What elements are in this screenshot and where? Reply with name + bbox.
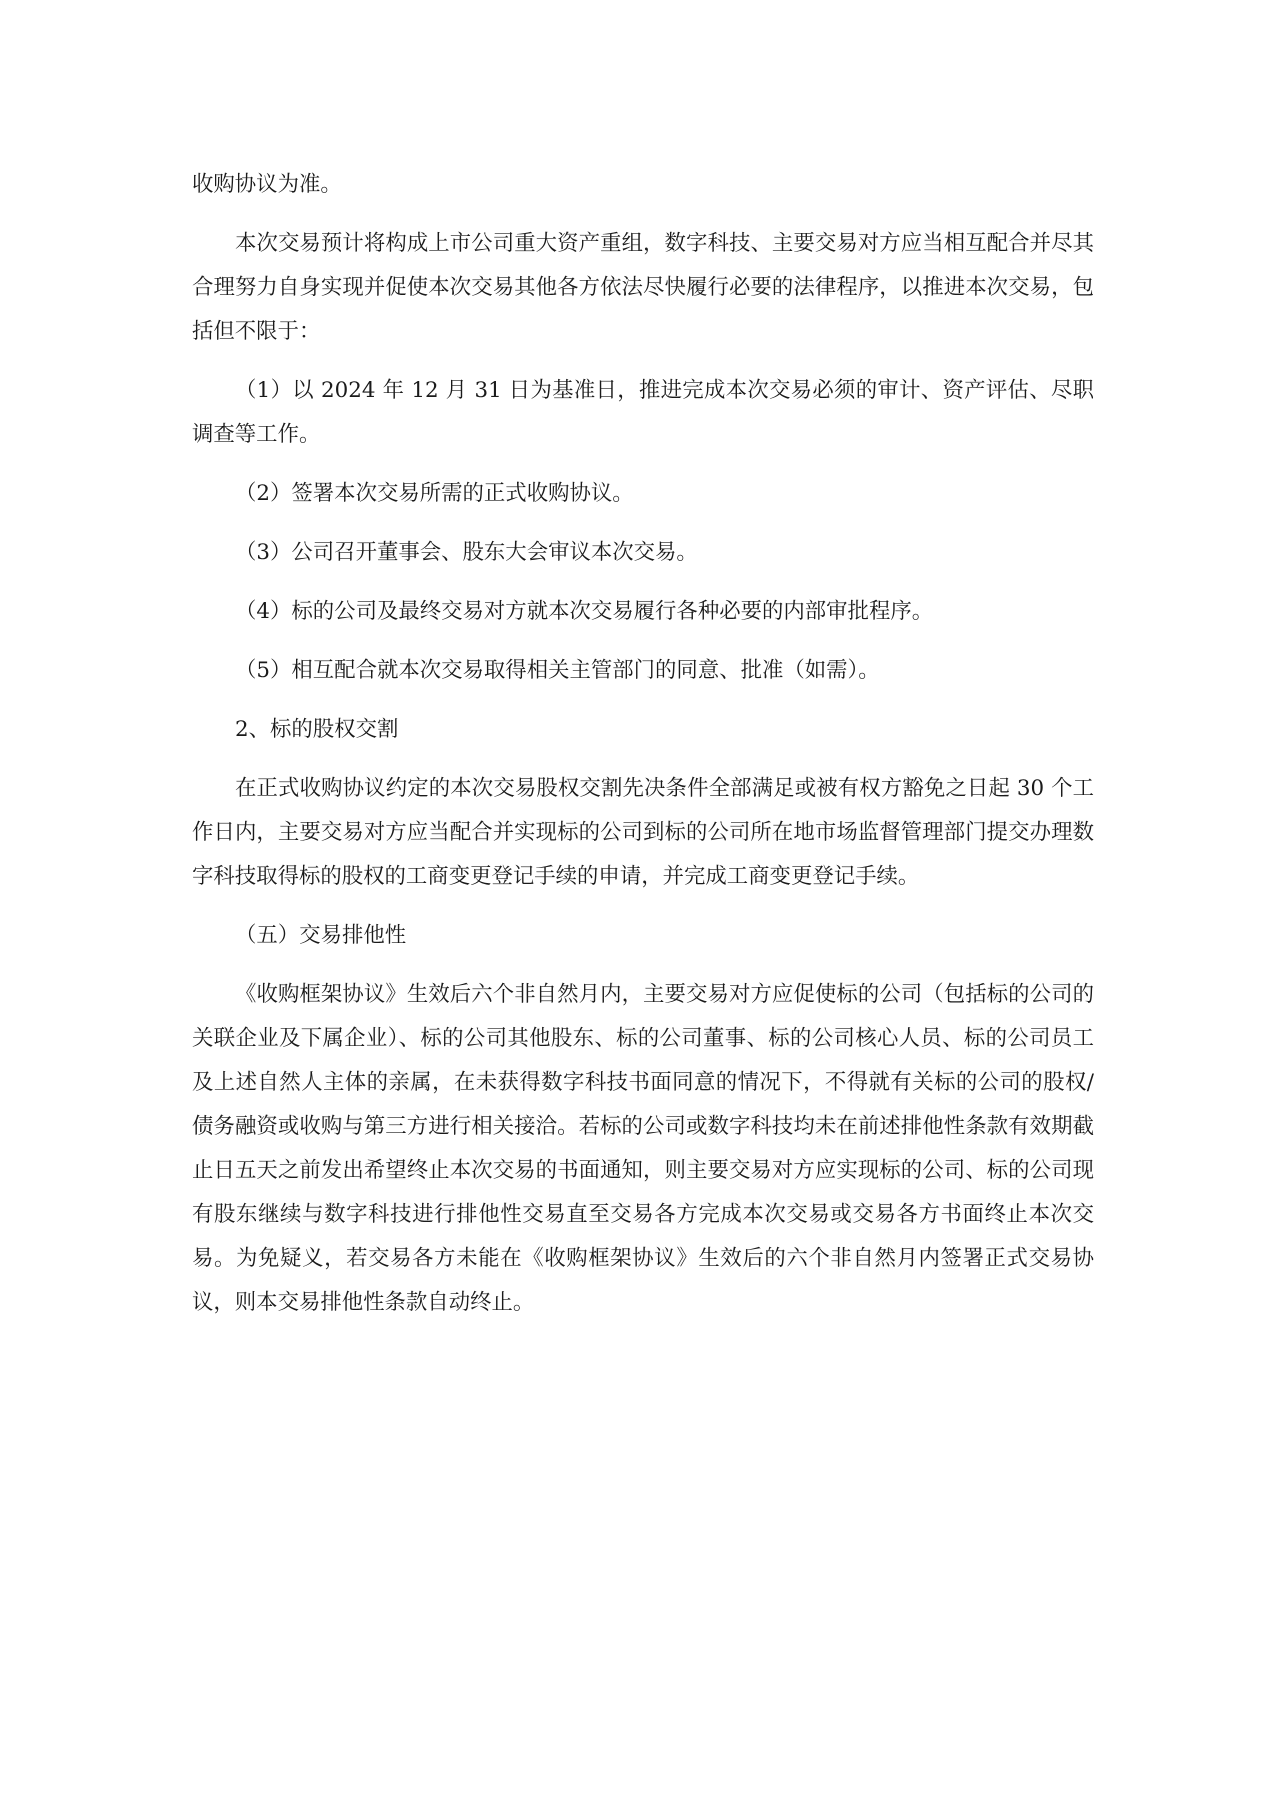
list-item-1-audit: （1）以 2024 年 12 月 31 日为基准日，推进完成本次交易必须的审计、…: [192, 369, 1094, 457]
section-heading-exclusivity: （五）交易排他性: [192, 914, 1094, 958]
paragraph-continuation: 收购协议为准。: [192, 163, 1094, 207]
list-item-2-sign-agreement: （2）签署本次交易所需的正式收购协议。: [192, 472, 1094, 516]
list-item-3-board-meeting: （3）公司召开董事会、股东大会审议本次交易。: [192, 531, 1094, 575]
section-heading-equity-delivery: 2、标的股权交割: [192, 708, 1094, 752]
list-item-4-internal-approval: （4）标的公司及最终交易对方就本次交易履行各种必要的内部审批程序。: [192, 590, 1094, 634]
document-page: 收购协议为准。 本次交易预计将构成上市公司重大资产重组，数字科技、主要交易对方应…: [192, 163, 1094, 1340]
list-item-5-regulatory-approval: （5）相互配合就本次交易取得相关主管部门的同意、批准（如需）。: [192, 649, 1094, 693]
paragraph-exclusivity: 《收购框架协议》生效后六个非自然月内，主要交易对方应促使标的公司（包括标的公司的…: [192, 973, 1094, 1325]
paragraph-equity-delivery: 在正式收购协议约定的本次交易股权交割先决条件全部满足或被有权方豁免之日起 30 …: [192, 767, 1094, 899]
paragraph-restructuring-cooperation: 本次交易预计将构成上市公司重大资产重组，数字科技、主要交易对方应当相互配合并尽其…: [192, 222, 1094, 354]
